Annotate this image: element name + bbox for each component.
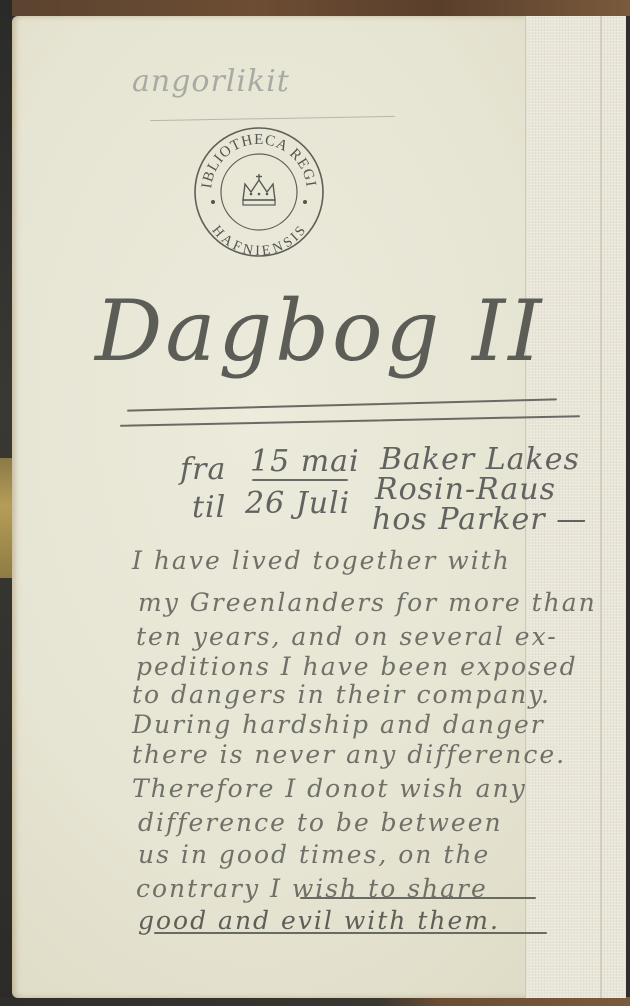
- body-line: to dangers in their company.: [132, 680, 551, 709]
- from-date-underline: [252, 479, 348, 481]
- to-label: til: [192, 490, 226, 525]
- from-date: 15 mai: [250, 444, 360, 479]
- body-line: contrary I wish to share: [136, 874, 488, 903]
- body-line: Therefore I donot wish any: [132, 774, 527, 803]
- body-line: good and evil with them.: [138, 906, 500, 935]
- body-line: During hardship and danger: [132, 710, 545, 739]
- body-line: my Greenlanders for more than: [138, 588, 597, 617]
- body-line: difference to be between: [138, 808, 503, 837]
- body-underline-1: [300, 897, 536, 899]
- body-line: ten years, and on several ex-: [136, 622, 558, 651]
- to-date: 26 Juli: [245, 486, 350, 521]
- body-line: peditions I have been exposed: [136, 652, 578, 681]
- place-line-3: hos Parker —: [372, 502, 587, 537]
- pencil-annotation: angorlikit: [132, 64, 290, 99]
- diary-title: Dagbog II: [95, 282, 544, 380]
- title-underline-2: [120, 415, 580, 427]
- handwriting-layer: angorlikit Dagbog II fra 15 mai til 26 J…: [0, 0, 630, 1006]
- body-line: I have lived together with: [132, 546, 511, 575]
- body-line: us in good times, on the: [138, 840, 490, 869]
- annotation-underline: [150, 116, 395, 121]
- body-underline-2: [154, 932, 547, 934]
- title-underline-1: [127, 398, 557, 411]
- from-label: fra: [180, 452, 226, 487]
- body-line: there is never any difference.: [132, 740, 566, 769]
